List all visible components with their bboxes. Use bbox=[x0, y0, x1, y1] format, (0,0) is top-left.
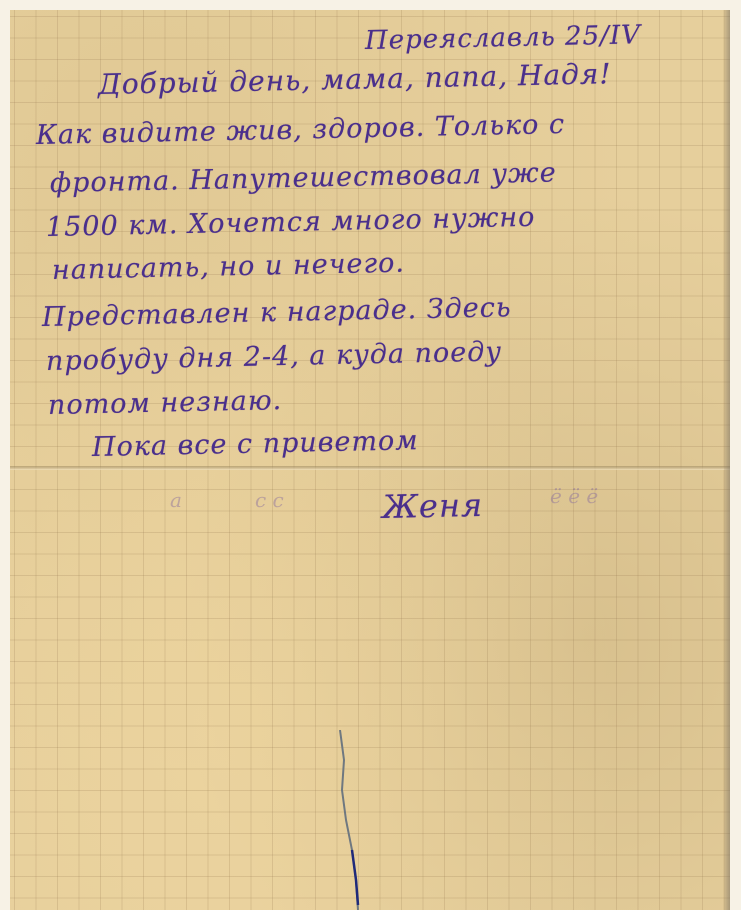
faint-ink-mark: с с bbox=[255, 488, 284, 512]
letter-greeting: Добрый день, мама, папа, Надя! bbox=[98, 57, 612, 101]
letter-body-line-5: Представлен к награде. Здесь bbox=[42, 292, 512, 333]
letter-signature: Женя bbox=[382, 486, 484, 526]
paper-tear bbox=[338, 730, 368, 910]
letter-body-line-6: пробуду дня 2-4, а куда поеду bbox=[46, 336, 503, 377]
faint-ink-mark: а bbox=[170, 488, 182, 512]
letter-body-line-1: Как видите жив, здоров. Только с bbox=[36, 109, 566, 151]
letter-place-date: Переяславль 25/IV bbox=[365, 20, 641, 56]
paper-edge-shadow bbox=[724, 10, 730, 910]
graph-paper-sheet: Переяславль 25/IV Добрый день, мама, пап… bbox=[10, 10, 730, 910]
letter-body-line-7: потом незнаю. bbox=[48, 385, 283, 421]
letter-closing: Пока все с приветом bbox=[92, 425, 419, 463]
faint-ink-mark: ё ё ё bbox=[550, 484, 598, 508]
letter-body-line-4: написать, но и нечего. bbox=[52, 248, 406, 286]
paper-fold-line bbox=[10, 466, 730, 470]
document-page: Переяславль 25/IV Добрый день, мама, пап… bbox=[0, 0, 741, 910]
letter-body-line-2: фронта. Напутешествовал уже bbox=[50, 157, 557, 199]
letter-body-line-3: 1500 км. Хочется много нужно bbox=[46, 202, 536, 243]
